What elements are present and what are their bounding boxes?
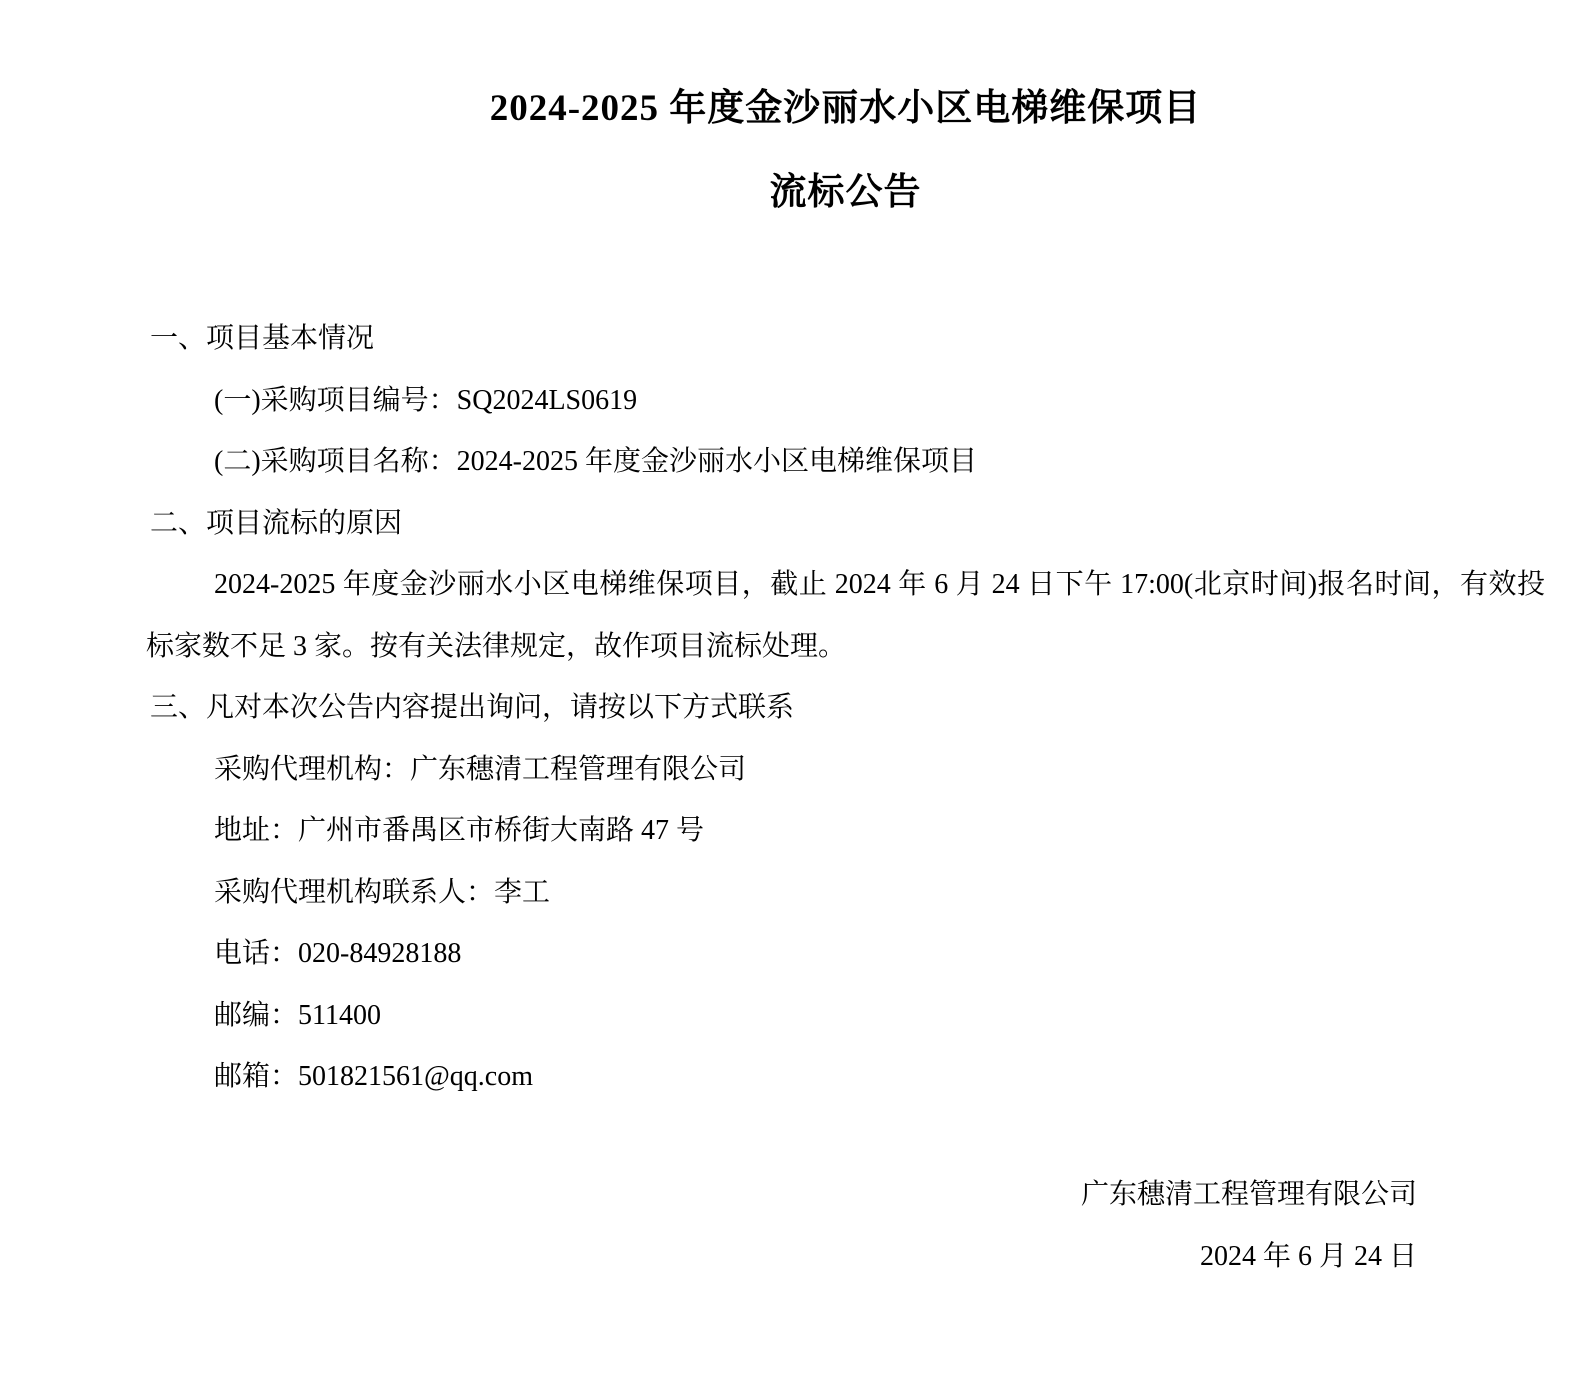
section3-item-agency: 采购代理机构：广东穗清工程管理有限公司: [146, 739, 1545, 801]
document-title-line2: 流标公告: [146, 170, 1545, 216]
signature-date: 2024 年 6 月 24 日: [146, 1226, 1417, 1288]
section3-item-email: 邮箱：501821561@qq.com: [146, 1046, 1545, 1108]
signature-company: 广东穗清工程管理有限公司: [146, 1164, 1417, 1226]
section3-item-phone: 电话：020-84928188: [146, 923, 1545, 985]
signature-block: 广东穗清工程管理有限公司 2024 年 6 月 24 日: [146, 1164, 1545, 1288]
section2-heading: 二、项目流标的原因: [146, 493, 1545, 555]
document-title-line1: 2024-2025 年度金沙丽水小区电梯维保项目: [146, 86, 1545, 132]
section3-item-postcode: 邮编：511400: [146, 985, 1545, 1047]
section3-item-address: 地址：广州市番禺区市桥街大南路 47 号: [146, 800, 1545, 862]
section3-item-contact-person: 采购代理机构联系人：李工: [146, 862, 1545, 924]
document-body: 一、项目基本情况 (一)采购项目编号：SQ2024LS0619 (二)采购项目名…: [146, 308, 1545, 1108]
section1-heading: 一、项目基本情况: [146, 308, 1545, 370]
section3-heading: 三、凡对本次公告内容提出询问，请按以下方式联系: [146, 677, 1545, 739]
section2-reason-paragraph: 2024-2025 年度金沙丽水小区电梯维保项目，截止 2024 年 6 月 2…: [146, 554, 1545, 677]
section1-item-project-name: (二)采购项目名称：2024-2025 年度金沙丽水小区电梯维保项目: [146, 431, 1545, 493]
announcement-page: 2024-2025 年度金沙丽水小区电梯维保项目 流标公告 一、项目基本情况 (…: [0, 0, 1586, 1392]
section1-item-project-number: (一)采购项目编号：SQ2024LS0619: [146, 370, 1545, 432]
